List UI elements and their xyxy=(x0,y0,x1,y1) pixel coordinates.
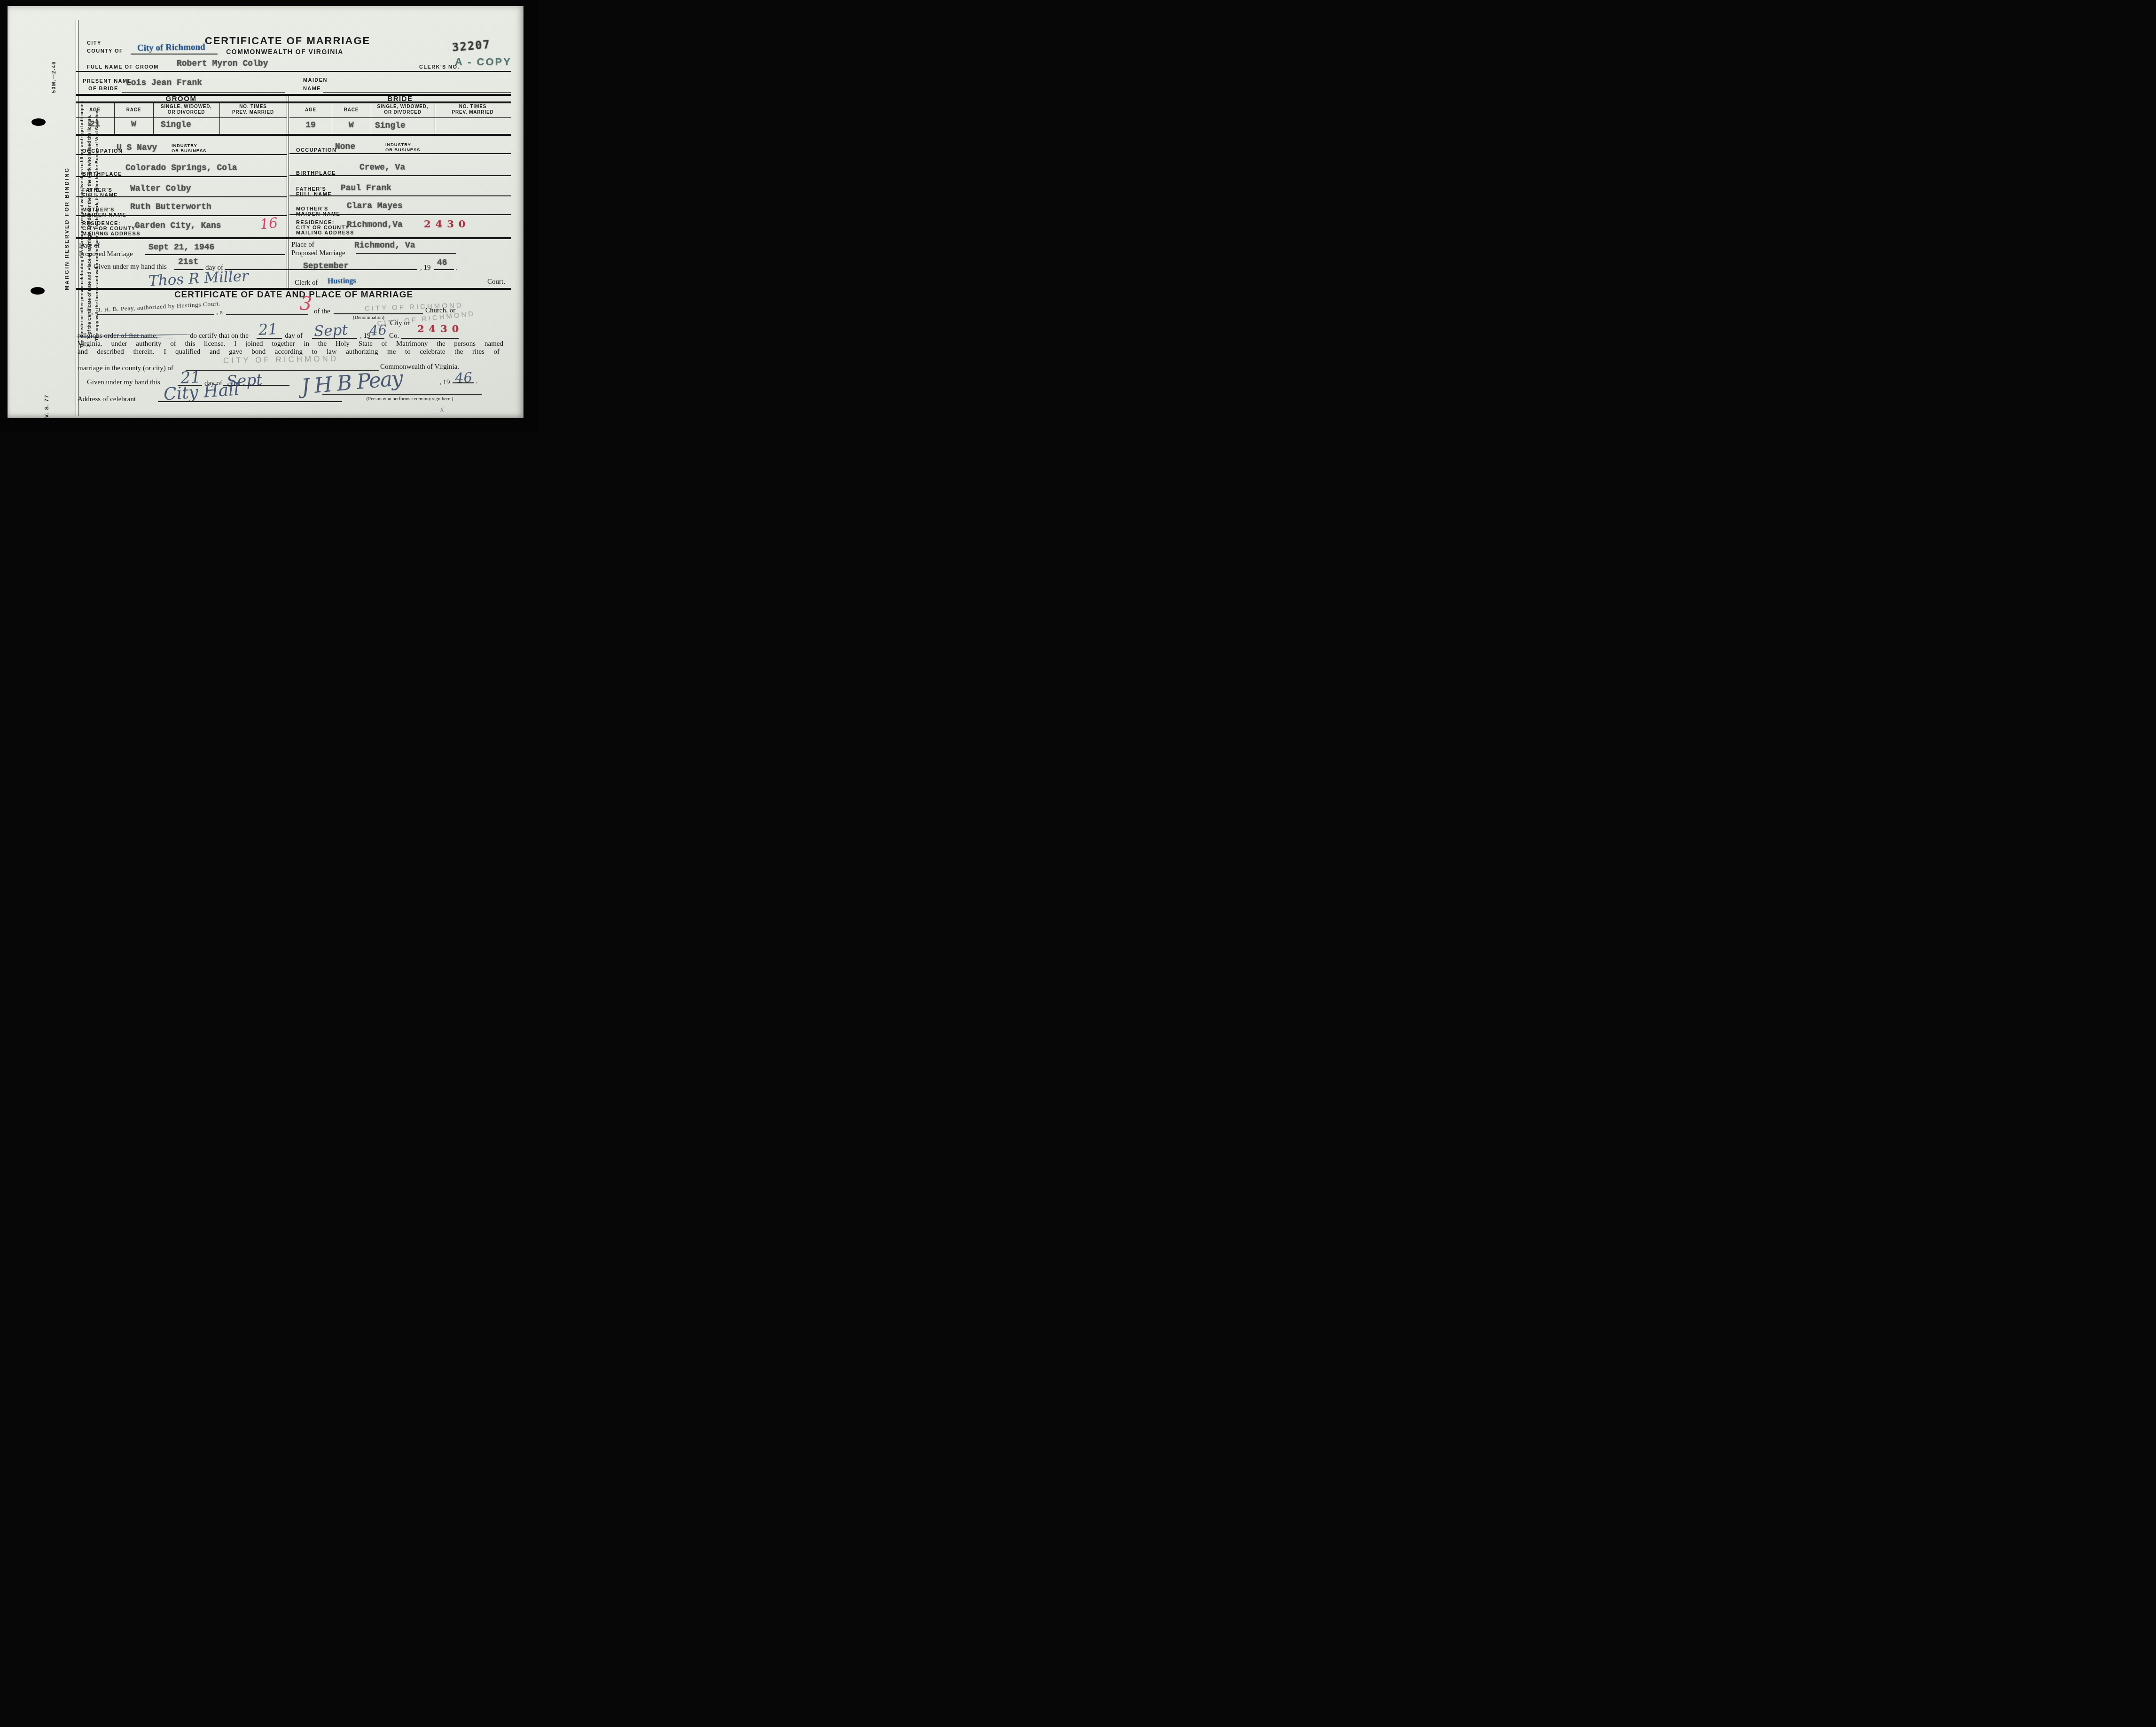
clerks-no-copy-stamp: A - COPY xyxy=(455,57,512,67)
groom-age-value: 21 xyxy=(76,120,114,129)
license-day-value: 21st xyxy=(178,258,198,266)
proposed-place-underline xyxy=(356,253,456,254)
cert-year-prefix-2: , 19 xyxy=(439,378,450,387)
proposed-place-value: Richmond, Va xyxy=(354,241,415,250)
bride-name-value: Lois Jean Frank xyxy=(126,79,202,87)
cert-year-underline-2 xyxy=(453,382,474,383)
cert-given-text: Given under my hand this xyxy=(87,378,160,387)
groom-status-header-2: OR DIVORCED xyxy=(153,110,219,115)
signature-underline xyxy=(322,394,482,395)
bride-father-underline xyxy=(289,195,511,196)
vs-code: V. S. 77 xyxy=(44,392,50,420)
city-of-richmond-stamp: City of Richmond xyxy=(137,43,205,53)
groom-father-value: Walter Colby xyxy=(130,185,191,193)
address-underline xyxy=(158,401,342,402)
groom-times-header-2: PREV. MARRIED xyxy=(219,110,287,115)
cert-day-underline xyxy=(257,338,282,339)
groom-residence-label-3: MAILING ADDRESS xyxy=(82,231,141,237)
groom-mother-value: Ruth Butterworth xyxy=(130,203,211,211)
cert-co-label: Co. xyxy=(389,332,399,340)
stray-pen-mark: x xyxy=(440,405,445,413)
groom-industry-label-2: OR BUSINESS xyxy=(172,149,206,154)
bride-race-value: W xyxy=(332,121,371,130)
license-period: . xyxy=(455,264,457,272)
bride-birthplace-value: Crewe, Va xyxy=(359,163,405,172)
bride-times-header-2: PREV. MARRIED xyxy=(435,110,511,115)
court-label: Court. xyxy=(487,278,505,286)
license-month-value: September xyxy=(303,262,349,271)
groom-birthplace-underline xyxy=(76,176,287,177)
clerk-of-label: Clerk of xyxy=(295,279,318,287)
bride-name-label-2: OF BRIDE xyxy=(88,86,118,92)
half-divider xyxy=(287,94,289,288)
hustings-court-stamp: Hustings xyxy=(328,277,356,285)
cert-year-underline xyxy=(368,338,384,339)
banner-rule xyxy=(76,101,511,103)
section-rule-2 xyxy=(76,237,511,239)
groom-father-underline xyxy=(76,196,287,197)
cert-co-underline xyxy=(401,338,459,339)
bride-father-value: Paul Frank xyxy=(341,184,391,193)
groom-occupation-value: U S Navy xyxy=(117,144,157,152)
cert-day-handwritten: 21 xyxy=(258,321,278,337)
bride-age-value: 19 xyxy=(289,121,332,130)
groom-name-value: Robert Myron Colby xyxy=(177,60,268,68)
bride-occupation-label: OCCUPATION xyxy=(296,148,336,153)
mid-city-stamp: CITY OF RICHMOND xyxy=(223,355,338,365)
address-celebrant-value: City Hall xyxy=(163,381,240,403)
date-of-label-2: Proposed Marriage xyxy=(79,250,133,258)
groom-status-header-1: SINGLE, WIDOWED, xyxy=(153,104,219,109)
bride-status-value: Single xyxy=(375,122,406,130)
maiden-name-label-1: MAIDEN xyxy=(303,78,328,83)
sign-here-note: (Person who performs ceremony sign here.… xyxy=(351,397,469,403)
cert-of-the-label: of the xyxy=(314,307,330,316)
certificate-paper: 50M.—2-46 V. S. 77 MARGIN RESERVED FOR B… xyxy=(8,6,523,418)
license-year-prefix: , 19 xyxy=(420,264,431,272)
cert-paragraph-1: Virginia, under authority of this licens… xyxy=(78,340,503,348)
bride-mother-underline xyxy=(289,214,511,215)
county-city-text: marriage in the county (or city) of xyxy=(78,364,173,373)
celebrant-signature: J H B Peay xyxy=(300,368,403,398)
celebrant-underline xyxy=(97,314,214,315)
place-of-label-1: Place of xyxy=(291,241,314,249)
bride-residence-label-3: MAILING ADDRESS xyxy=(296,230,354,236)
bride-name-underline xyxy=(122,92,285,93)
bride-occupation-value: None xyxy=(335,143,355,151)
document-title: CERTIFICATE OF MARRIAGE xyxy=(198,35,377,47)
cert-a-label: , a xyxy=(216,308,223,317)
bride-status-header-2: OR DIVORCED xyxy=(371,110,435,115)
punch-hole-top xyxy=(31,118,46,126)
cert-month-handwritten: Sept xyxy=(313,323,348,339)
groom-name-label: FULL NAME OF GROOM xyxy=(87,64,159,70)
proposed-date-underline xyxy=(145,254,285,255)
print-code: 50M.—2-46 xyxy=(52,55,58,99)
bride-father-label-2: FULL NAME xyxy=(296,192,332,197)
county-of-label: COUNTY OF xyxy=(87,48,123,54)
bride-times-header-1: NO. TIMES xyxy=(435,104,511,109)
groom-father-label-2: FULL NAME xyxy=(82,193,118,198)
city-underline xyxy=(131,54,218,54)
bride-status-header-1: SINGLE, WIDOWED, xyxy=(371,104,435,109)
certify-text: do certify that on the xyxy=(190,332,249,340)
groom-residence-red-note: 16 xyxy=(259,216,279,232)
groom-residence-value: Garden City, Kans xyxy=(135,222,221,230)
bride-occupation-underline xyxy=(289,153,511,154)
groom-age-header: AGE xyxy=(76,108,114,113)
groom-times-header-1: NO. TIMES xyxy=(219,104,287,109)
license-given-text: Given under my hand this xyxy=(94,263,167,271)
license-year-value: 46 xyxy=(437,259,447,267)
clerk-signature: Thos R Miller xyxy=(148,269,249,288)
maiden-name-label-2: NAME xyxy=(303,86,321,92)
place-of-label-2: Proposed Marriage xyxy=(291,249,345,257)
certificate-section-title: CERTIFICATE OF DATE AND PLACE OF MARRIAG… xyxy=(153,290,435,300)
cert-a-underline xyxy=(226,314,308,315)
document-subtitle: COMMONWEALTH OF VIRGINIA xyxy=(221,48,348,55)
maiden-name-underline xyxy=(323,92,511,93)
form-left-border xyxy=(76,20,78,416)
cert-i-prefix: I, xyxy=(89,308,93,317)
cert-year-prefix: , 19 xyxy=(360,332,371,340)
bride-name-label-1: PRESENT NAME xyxy=(83,78,132,84)
cert-day-of-label: day of xyxy=(285,332,303,340)
cert-co-number-stamp: 2430 xyxy=(417,324,463,334)
cert-year-handwritten: 46 xyxy=(369,323,387,338)
bride-residence-number-stamp: 2430 xyxy=(424,219,470,229)
groom-header-underline xyxy=(76,117,287,118)
license-year-underline xyxy=(434,269,454,270)
address-celebrant-label: Address of celebrant xyxy=(78,395,136,404)
bride-industry-label-1: INDUSTRY xyxy=(385,143,411,148)
cert-church-underline xyxy=(334,313,423,314)
cert-red-number: 3 xyxy=(299,294,312,314)
cert-month-underline xyxy=(312,338,357,339)
groom-race-header: RACE xyxy=(114,108,153,113)
city-label: CITY xyxy=(87,40,102,46)
license-number-stamp: 32207 xyxy=(452,39,491,53)
groom-race-value: W xyxy=(114,120,153,129)
bride-industry-label-2: OR BUSINESS xyxy=(385,148,420,153)
clerks-no-label: CLERK'S NO. xyxy=(419,64,460,70)
bride-mother-value: Clara Mayes xyxy=(347,202,403,210)
groom-birthplace-value: Colorado Springs, Cola xyxy=(125,164,237,172)
groom-status-value: Single xyxy=(161,121,191,129)
groom-mother-underline xyxy=(76,215,287,216)
groom-industry-label-1: INDUSTRY xyxy=(172,144,197,148)
punch-hole-bottom xyxy=(31,287,45,295)
scanned-document-page: 50M.—2-46 V. S. 77 MARGIN RESERVED FOR B… xyxy=(0,0,539,432)
date-of-label-1: Date of xyxy=(79,241,100,250)
bride-age-header: AGE xyxy=(289,108,332,113)
binding-margin-label: MARGIN RESERVED FOR BINDING xyxy=(64,149,71,309)
celebrant-authorization-stamp: J. H. B. Peay, authorized by Hustings Co… xyxy=(98,300,220,313)
proposed-date-value: Sept 21, 1946 xyxy=(148,243,214,252)
table-bottom-rule xyxy=(76,134,511,136)
cert-period-2: . xyxy=(476,377,477,386)
bride-header-underline xyxy=(289,117,511,118)
groom-occupation-underline xyxy=(76,154,287,155)
bride-residence-value: Richmond,Va xyxy=(347,221,403,229)
bride-birthplace-underline xyxy=(289,175,511,176)
header-rule xyxy=(76,71,511,72)
bride-race-header: RACE xyxy=(332,108,371,113)
